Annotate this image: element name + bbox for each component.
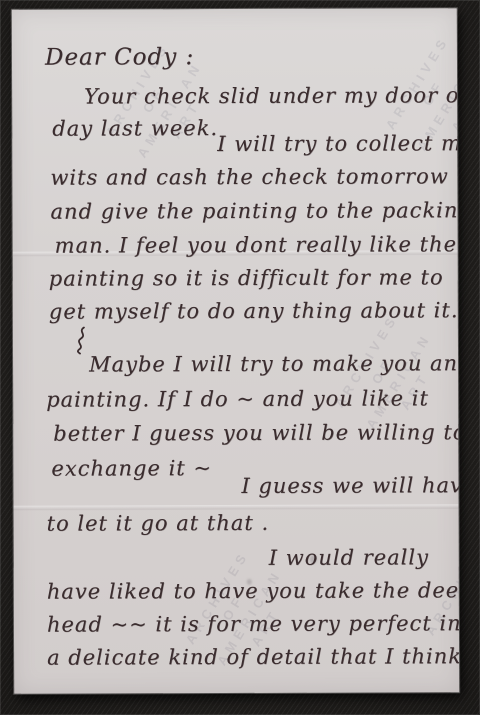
letter-line: I would really <box>269 546 429 570</box>
letter-line: painting. If I do ~ and you like it <box>46 387 429 411</box>
letter-line: and give the painting to the packing <box>50 199 459 224</box>
letter-line: I will try to collect my <box>217 132 459 156</box>
archive-photo-background: ARCHIVES OF AMERICAN ART ARCHIVES OF AME… <box>0 0 480 715</box>
paragraph-flourish-icon <box>76 327 88 355</box>
letter-line: Your check slid under my door one <box>84 84 459 109</box>
letter-text: Dear Cody : Your check slid under my doo… <box>12 8 459 694</box>
letter-line: head ~~ it is for me very perfect in <box>47 612 459 637</box>
letter-page: ARCHIVES OF AMERICAN ART ARCHIVES OF AME… <box>12 8 459 694</box>
letter-line: exchange it ~ <box>51 457 212 481</box>
letter-line: to let it go at that . <box>47 512 270 536</box>
letter-line: day last week. <box>52 117 218 141</box>
letter-line: I guess we will have <box>241 474 459 498</box>
letter-line: painting so it is difficult for me to <box>49 266 444 290</box>
letter-line: have liked to have you take the deers <box>47 579 459 604</box>
letter-salutation: Dear Cody : <box>45 45 194 71</box>
letter-line: a delicate kind of detail that I think <box>47 645 459 670</box>
letter-line: get myself to do any thing about it. <box>49 299 459 324</box>
letter-line: better I guess you will be willing to <box>53 421 459 446</box>
letter-line: man. I feel you dont really like the <box>55 233 457 257</box>
letter-line: Maybe I will try to make you another <box>89 352 459 377</box>
letter-line: wits and cash the check tomorrow <box>50 165 448 189</box>
